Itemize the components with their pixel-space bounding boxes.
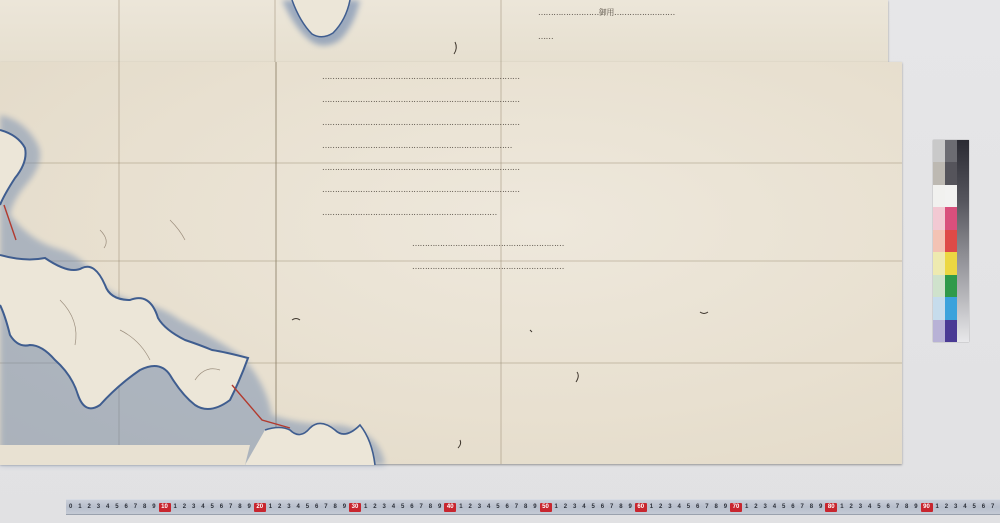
ruler-major-label: 60: [635, 503, 647, 512]
ruler-tick-label: 9: [721, 500, 730, 514]
ruler-tick-label: 7: [798, 500, 807, 514]
ruler-tick-label: 6: [407, 500, 416, 514]
ruler-tick-label: 7: [417, 500, 426, 514]
ruler-tick-label: 4: [198, 500, 207, 514]
ruler-tick-label: 9: [626, 500, 635, 514]
ruler-major-label: 70: [730, 503, 742, 512]
ruler-tick-label: 5: [684, 500, 693, 514]
ruler-major-label: 20: [254, 503, 266, 512]
ruler-tick-label: 8: [140, 500, 149, 514]
ruler-tick-label: 4: [865, 500, 874, 514]
ruler-tick-label: 1: [647, 500, 656, 514]
ruler-tick-label: 9: [530, 500, 539, 514]
measuring-ruler: 0123456789101234567892012345678930123456…: [66, 499, 1000, 515]
ruler-tick-label: 7: [512, 500, 521, 514]
ruler-tick-label: 6: [312, 500, 321, 514]
ruler-tick-label: 1: [361, 500, 370, 514]
ruler-tick-label: 4: [579, 500, 588, 514]
ruler-tick-label: 8: [807, 500, 816, 514]
ruler-tick-label: 8: [902, 500, 911, 514]
ruler-tick-label: 6: [122, 500, 131, 514]
ruler-major-label: 80: [825, 503, 837, 512]
left-coast-water: [0, 115, 385, 465]
ruler-tick-label: 4: [770, 500, 779, 514]
ruler-major-label: 40: [444, 503, 456, 512]
ruler-tick-label: 2: [656, 500, 665, 514]
ruler-major-label: 10: [159, 503, 171, 512]
ruler-tick-label: 9: [340, 500, 349, 514]
ruler-tick-label: 4: [103, 500, 112, 514]
ruler-tick-label: 3: [475, 500, 484, 514]
ruler-tick-label: 6: [598, 500, 607, 514]
ruler-tick-label: 8: [521, 500, 530, 514]
ruler-tick-label: 1: [742, 500, 751, 514]
ruler-tick-label: 1: [837, 500, 846, 514]
ruler-tick-label: 3: [951, 500, 960, 514]
ruler-tick-label: 5: [779, 500, 788, 514]
ruler-tick-label: 3: [761, 500, 770, 514]
ruler-tick-label: 6: [884, 500, 893, 514]
ruler-tick-label: 4: [484, 500, 493, 514]
ruler-tick-label: 1: [456, 500, 465, 514]
ruler-tick-label: 4: [389, 500, 398, 514]
ruler-tick-label: 3: [189, 500, 198, 514]
ruler-tick-label: 5: [874, 500, 883, 514]
ruler-tick-label: 3: [380, 500, 389, 514]
ruler-major-label: 30: [349, 503, 361, 512]
ruler-major-label: 90: [921, 503, 933, 512]
ruler-tick-label: 7: [893, 500, 902, 514]
ruler-tick-label: 5: [589, 500, 598, 514]
ruler-tick-label: 5: [970, 500, 979, 514]
ruler-tick-label: 3: [284, 500, 293, 514]
ruler-tick-label: 9: [435, 500, 444, 514]
ruler-tick-label: 5: [208, 500, 217, 514]
ruler-tick-label: 2: [847, 500, 856, 514]
ruler-tick-label: 8: [426, 500, 435, 514]
ruler-tick-label: 7: [321, 500, 330, 514]
map-drawing: [0, 0, 1000, 523]
ruler-tick-label: 6: [503, 500, 512, 514]
ruler-tick-label: 3: [94, 500, 103, 514]
ruler-tick-label: 2: [751, 500, 760, 514]
ruler-tick-label: 1: [75, 500, 84, 514]
checker-gray-gradient: [957, 140, 969, 342]
ruler-tick-label: 6: [693, 500, 702, 514]
ruler-tick-label: 7: [607, 500, 616, 514]
ruler-tick-label: 9: [816, 500, 825, 514]
ruler-tick-label: 1: [171, 500, 180, 514]
ruler-tick-label: 4: [675, 500, 684, 514]
ruler-tick-label: 9: [149, 500, 158, 514]
ruler-tick-label: 2: [942, 500, 951, 514]
ruler-tick-label: 2: [466, 500, 475, 514]
ruler-tick-label: 6: [979, 500, 988, 514]
ruler-major-label: 50: [540, 503, 552, 512]
color-checker-card: [933, 140, 969, 342]
ruler-tick-label: 2: [85, 500, 94, 514]
checker-saturated-column: [945, 140, 957, 342]
ruler-tick-label: 8: [616, 500, 625, 514]
ruler-tick-label: 7: [988, 500, 997, 514]
ruler-tick-label: 6: [217, 500, 226, 514]
ruler-tick-label: 5: [398, 500, 407, 514]
ruler-tick-label: 3: [856, 500, 865, 514]
ruler-tick-label: 4: [960, 500, 969, 514]
photo-stage: ……………………御用…………………… …… …………………………………………………: [0, 0, 1000, 523]
ruler-tick-label: 8: [235, 500, 244, 514]
ruler-tick-label: 2: [275, 500, 284, 514]
ruler-tick-label: 7: [131, 500, 140, 514]
ruler-tick-label: 7: [226, 500, 235, 514]
ruler-tick-label: 8: [712, 500, 721, 514]
ruler-tick-label: 3: [665, 500, 674, 514]
ruler-tick-label: 3: [570, 500, 579, 514]
ruler-tick-label: 5: [493, 500, 502, 514]
ruler-tick-label: 1: [266, 500, 275, 514]
ruler-tick-label: 2: [370, 500, 379, 514]
ruler-tick-label: 9: [911, 500, 920, 514]
top-island: [282, 0, 360, 46]
ruler-tick-label: 1: [552, 500, 561, 514]
ruler-tick-label: 1: [933, 500, 942, 514]
ruler-tick-label: 0: [66, 500, 75, 514]
ruler-tick-label: 6: [788, 500, 797, 514]
ruler-tick-label: 4: [294, 500, 303, 514]
ruler-tick-label: 9: [245, 500, 254, 514]
ruler-tick-label: 8: [331, 500, 340, 514]
ruler-tick-label: 5: [112, 500, 121, 514]
ruler-tick-label: 5: [303, 500, 312, 514]
ink-marks: [292, 42, 708, 448]
checker-pastel-column: [933, 140, 945, 342]
ruler-tick-label: 2: [180, 500, 189, 514]
ruler-tick-label: 7: [702, 500, 711, 514]
ruler-tick-label: 2: [561, 500, 570, 514]
